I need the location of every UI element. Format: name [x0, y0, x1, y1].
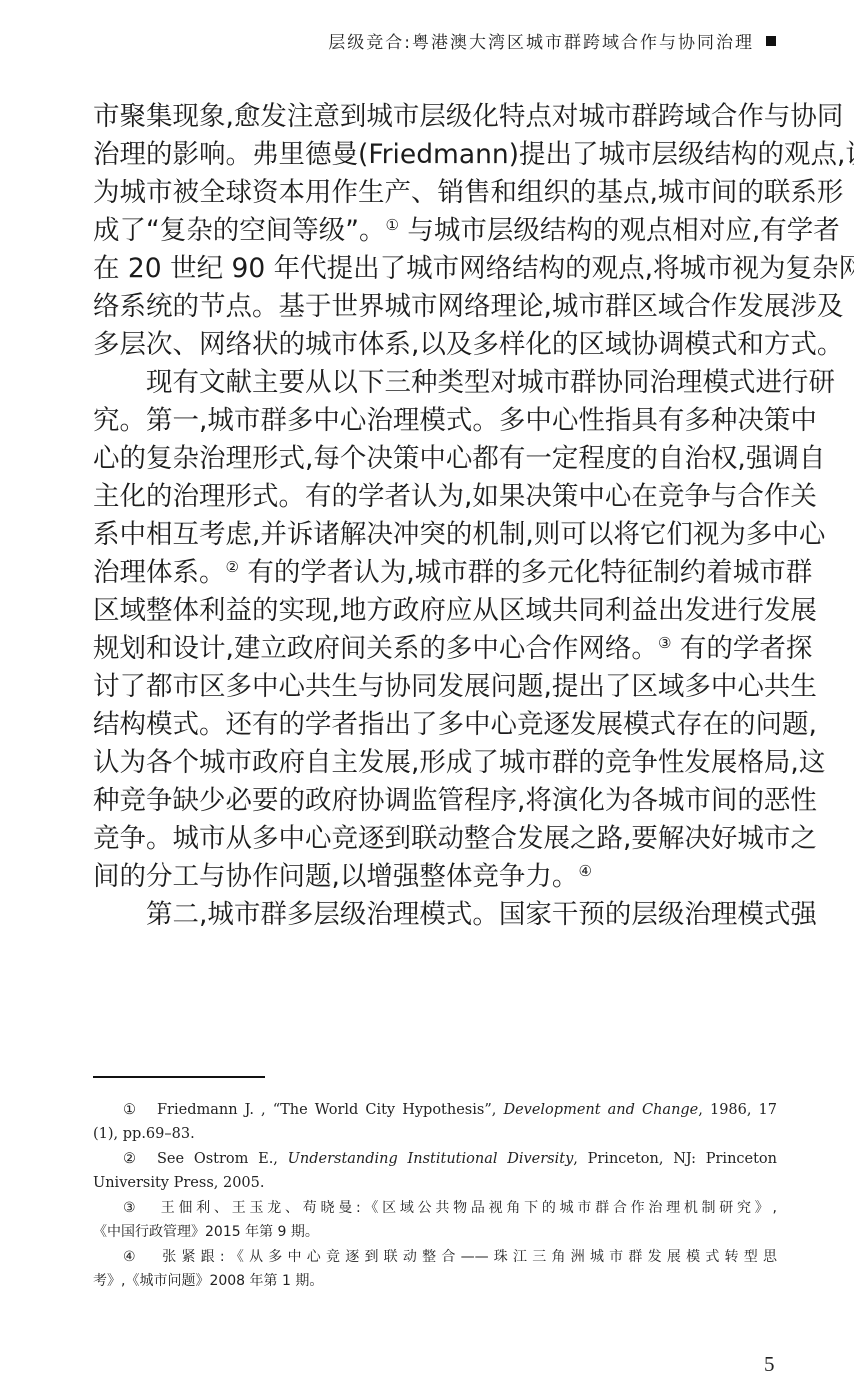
- footnote-4: ④张紧跟:《从多中心竞逐到联动整合——珠江三角洲城市群发展模式转型思 考》,《城…: [93, 1245, 777, 1293]
- body-line: 在 20 世纪 90 年代提出了城市网络结构的观点,将城市视为复杂网: [93, 250, 777, 288]
- line-text: 有的学者认为,城市群的多元化特征制约着城市群: [239, 557, 812, 588]
- body-line: 究。第一,城市群多中心治理模式。多中心性指具有多种决策中: [93, 402, 777, 440]
- footnote-text: See Ostrom E.,: [157, 1151, 288, 1167]
- paragraph-start: 现有文献主要从以下三种类型对城市群协同治理模式进行研: [93, 364, 777, 402]
- page-number: 5: [764, 1352, 775, 1377]
- footnote-text: , Princeton, NJ: Princeton: [573, 1151, 777, 1167]
- footnote-mark: ③: [123, 1196, 157, 1220]
- footnote-separator: [93, 1076, 265, 1078]
- body-line: 系中相互考虑,并诉诸解决冲突的机制,则可以将它们视为多中心: [93, 516, 777, 554]
- body-line: 络系统的节点。基于世界城市网络理论,城市群区域合作发展涉及: [93, 288, 777, 326]
- body-line: 种竞争缺少必要的政府协调监管程序,将演化为各城市间的恶性: [93, 782, 777, 820]
- body-line: 多层次、网络状的城市体系,以及多样化的区域协调模式和方式。: [93, 326, 777, 364]
- line-text: 规划和设计,建立政府间关系的多中心合作网络。: [93, 633, 658, 664]
- footnote-ref-3[interactable]: ③: [658, 634, 671, 652]
- body-line: 区域整体利益的实现,地方政府应从区域共同利益出发进行发展: [93, 592, 777, 630]
- body-line: 竞争。城市从多中心竞逐到联动整合发展之路,要解决好城市之: [93, 820, 777, 858]
- footnote-ref-1[interactable]: ①: [385, 216, 398, 234]
- footnotes: ①Friedmann J. , “The World City Hypothes…: [93, 1098, 777, 1294]
- body-line: 市聚集现象,愈发注意到城市层级化特点对城市群跨域合作与协同: [93, 98, 777, 136]
- footnote-text: Friedmann J. , “The World City Hypothesi…: [157, 1102, 503, 1118]
- footnote-text: 张紧跟:《从多中心竞逐到联动整合——珠江三角洲城市群发展模式转型思: [157, 1249, 777, 1265]
- footnote-ref-2[interactable]: ②: [226, 558, 239, 576]
- footnote-text: , 1986, 17: [698, 1102, 777, 1118]
- footnote-line: 考》,《城市问题》2008 年第 1 期。: [93, 1269, 777, 1293]
- line-text: 成了“复杂的空间等级”。: [93, 215, 385, 246]
- body-line: 认为各个城市政府自主发展,形成了城市群的竞争性发展格局,这: [93, 744, 777, 782]
- footnote-ref-4[interactable]: ④: [578, 862, 591, 880]
- footnote-1: ①Friedmann J. , “The World City Hypothes…: [93, 1098, 777, 1146]
- body-line: 间的分工与协作问题,以增强整体竞争力。④: [93, 858, 777, 896]
- body-line: 成了“复杂的空间等级”。① 与城市层级结构的观点相对应,有学者: [93, 212, 777, 250]
- running-header: 层级竞合:粤港澳大湾区城市群跨域合作与协同治理: [328, 28, 776, 53]
- body-line: 主化的治理形式。有的学者认为,如果决策中心在竞争与合作关: [93, 478, 777, 516]
- square-bullet-icon: [766, 36, 776, 46]
- paragraph-start: 第二,城市群多层级治理模式。国家干预的层级治理模式强: [93, 896, 777, 934]
- body-line: 为城市被全球资本用作生产、销售和组织的基点,城市间的联系形: [93, 174, 777, 212]
- body-text: 市聚集现象,愈发注意到城市层级化特点对城市群跨域合作与协同 治理的影响。弗里德曼…: [93, 98, 777, 934]
- footnote-2: ②See Ostrom E., Understanding Institutio…: [93, 1147, 777, 1195]
- footnote-line: ①Friedmann J. , “The World City Hypothes…: [93, 1098, 777, 1122]
- book-title: Understanding Institutional Diversity: [288, 1151, 574, 1167]
- body-line: 心的复杂治理形式,每个决策中心都有一定程度的自治权,强调自: [93, 440, 777, 478]
- footnote-line: University Press, 2005.: [93, 1171, 777, 1195]
- footnote-line: ③王佃利、王玉龙、苟晓曼:《区域公共物品视角下的城市群合作治理机制研究》,: [93, 1196, 777, 1220]
- journal-title: Development and Change: [503, 1102, 698, 1118]
- line-text: 治理体系。: [93, 557, 226, 588]
- body-line: 结构模式。还有的学者指出了多中心竞逐发展模式存在的问题,: [93, 706, 777, 744]
- body-line: 治理体系。② 有的学者认为,城市群的多元化特征制约着城市群: [93, 554, 777, 592]
- body-line: 讨了都市区多中心共生与协同发展问题,提出了区域多中心共生: [93, 668, 777, 706]
- footnote-mark: ①: [123, 1098, 157, 1122]
- footnote-line: ④张紧跟:《从多中心竞逐到联动整合——珠江三角洲城市群发展模式转型思: [93, 1245, 777, 1269]
- footnote-line: ②See Ostrom E., Understanding Institutio…: [93, 1147, 777, 1171]
- footnote-mark: ②: [123, 1147, 157, 1171]
- footnote-line: 《中国行政管理》2015 年第 9 期。: [93, 1220, 777, 1244]
- body-line: 规划和设计,建立政府间关系的多中心合作网络。③ 有的学者探: [93, 630, 777, 668]
- body-line: 治理的影响。弗里德曼(Friedmann)提出了城市层级结构的观点,认: [93, 136, 777, 174]
- footnote-mark: ④: [123, 1245, 157, 1269]
- line-text: 间的分工与协作问题,以增强整体竞争力。: [93, 861, 578, 892]
- line-text: 与城市层级结构的观点相对应,有学者: [399, 215, 840, 246]
- footnote-text: 王佃利、王玉龙、苟晓曼:《区域公共物品视角下的城市群合作治理机制研究》,: [157, 1200, 777, 1216]
- line-text: 有的学者探: [671, 633, 812, 664]
- footnote-line: (1), pp.69–83.: [93, 1122, 777, 1146]
- footnote-3: ③王佃利、王玉龙、苟晓曼:《区域公共物品视角下的城市群合作治理机制研究》, 《中…: [93, 1196, 777, 1244]
- running-title: 层级竞合:粤港澳大湾区城市群跨域合作与协同治理: [328, 28, 754, 53]
